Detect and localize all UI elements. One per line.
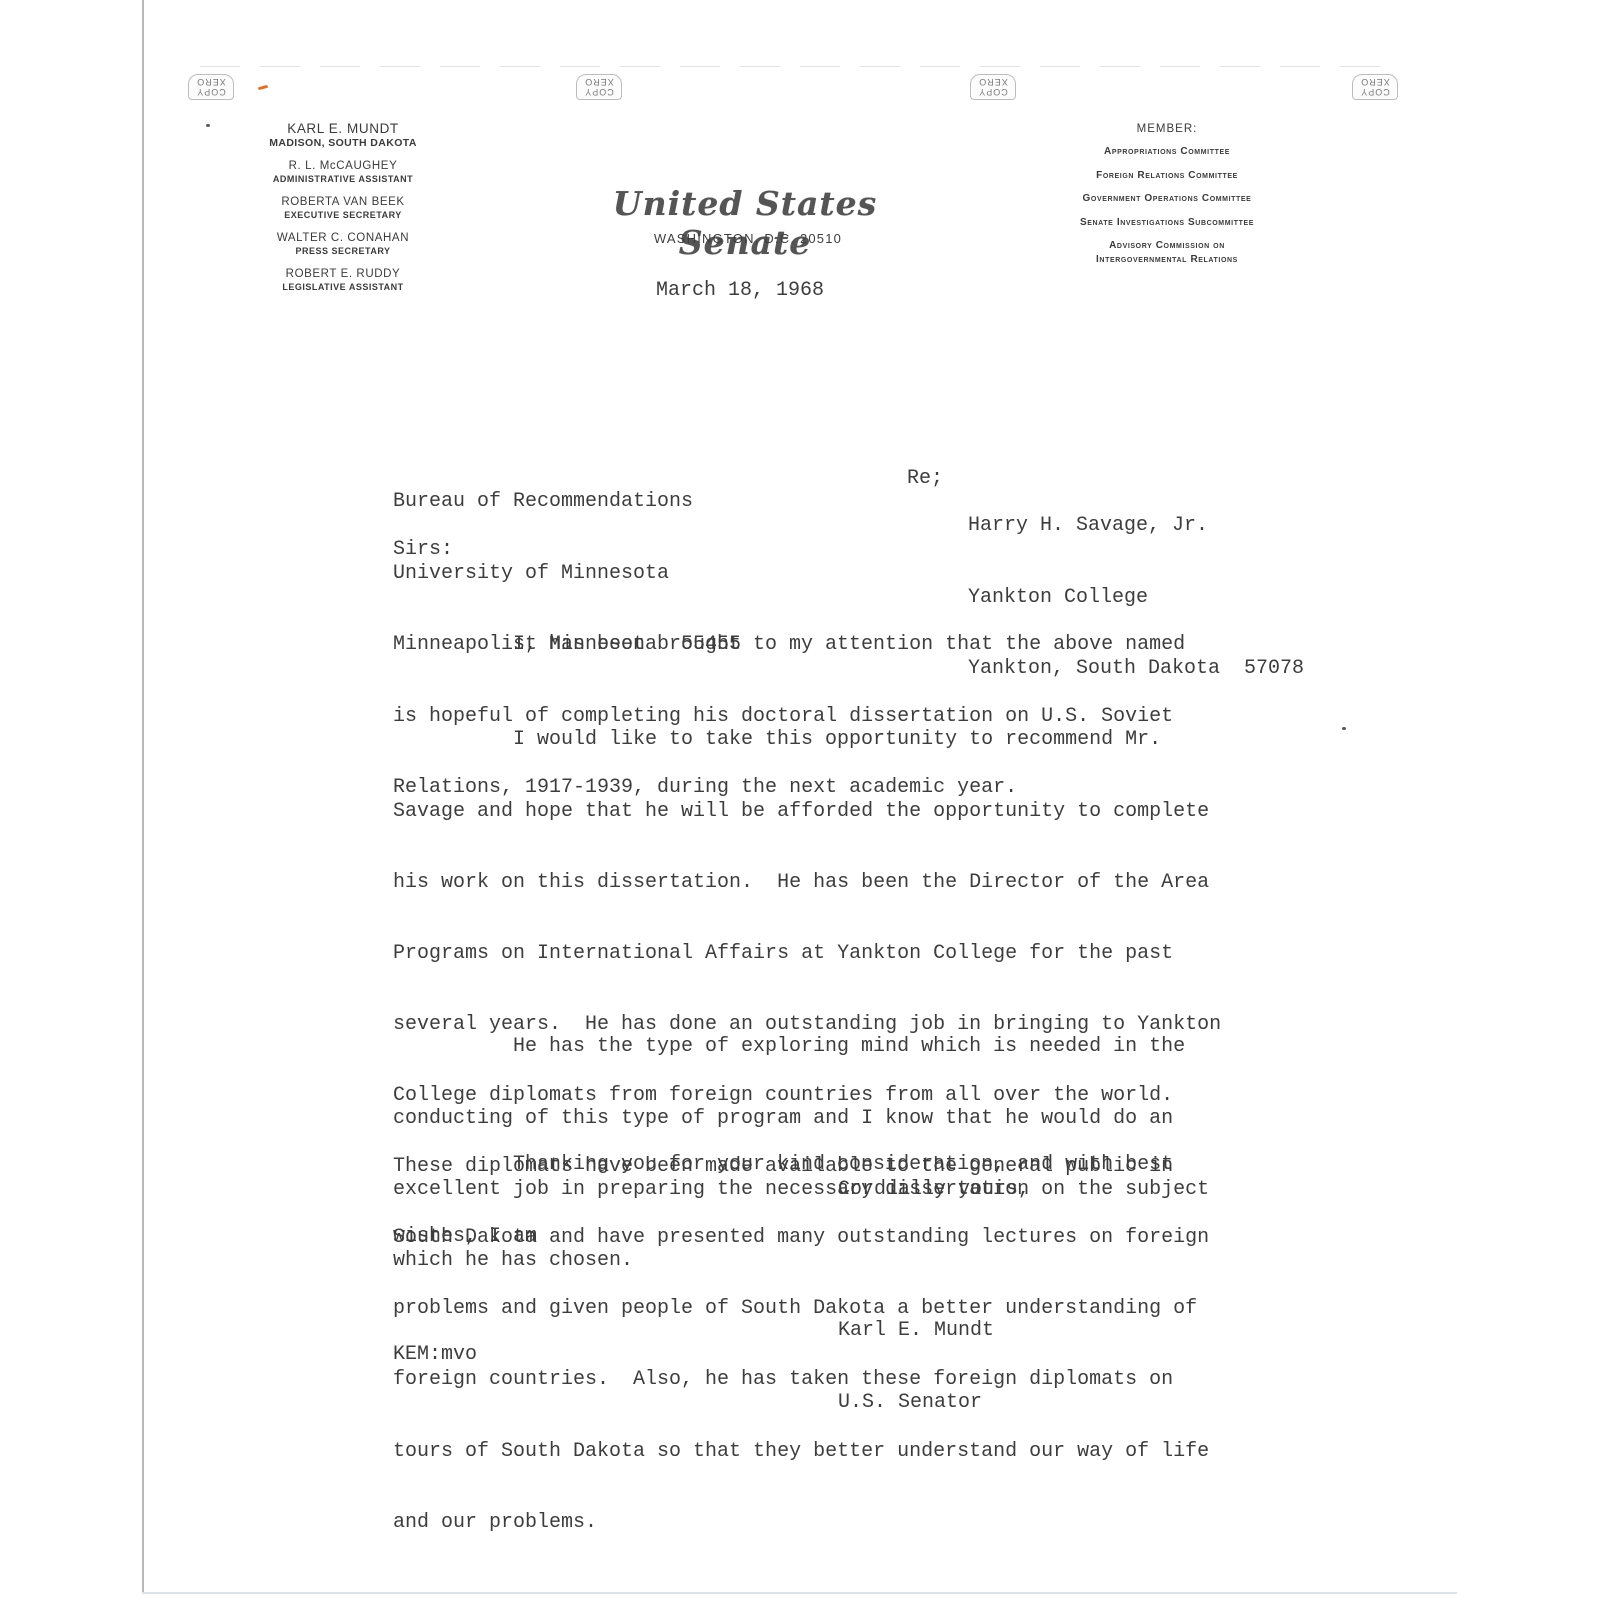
paragraph-line: problems and given people of South Dakot…	[393, 1297, 1253, 1321]
letterhead-title: United States Senate	[545, 184, 945, 262]
xero-copy-stamp: COPY XERO	[188, 74, 234, 100]
stamp-text: COPY	[189, 87, 233, 97]
ink-mark	[258, 85, 268, 90]
re-label: Re;	[907, 467, 943, 491]
paragraph-line: I would like to take this opportunity to…	[393, 728, 1253, 752]
salutation: Sirs:	[393, 538, 453, 562]
staff-list: KARL E. MUNDT MADISON, SOUTH DAKOTA R. L…	[243, 120, 443, 303]
xero-copy-stamp: COPY XERO	[576, 74, 622, 100]
stamp-text: XERO	[1353, 77, 1397, 87]
stamp-text: XERO	[971, 77, 1015, 87]
address-line: University of Minnesota	[393, 562, 741, 586]
stamp-text: XERO	[189, 77, 233, 87]
stamp-text: COPY	[577, 87, 621, 97]
letterhead-top-rule	[200, 66, 1400, 67]
staff-name: WALTER C. CONAHAN	[243, 231, 443, 245]
paragraph-line: wishes, I am	[393, 1225, 1253, 1249]
signature-name: Karl E. Mundt	[838, 1319, 994, 1343]
staff-role: EXECUTIVE SECRETARY	[243, 209, 443, 221]
stamp-text: COPY	[1353, 87, 1397, 97]
letterhead-address: WASHINGTON, D.C. 20510	[598, 231, 898, 246]
paragraph-line: He has the type of exploring mind which …	[393, 1035, 1253, 1059]
subject-line: Harry H. Savage, Jr.	[968, 514, 1304, 538]
xero-copy-stamp: COPY XERO	[1352, 74, 1398, 100]
committee-item: Advisory Commission on Intergovernmental…	[1067, 239, 1267, 267]
page-edge	[142, 0, 144, 1592]
committee-item: Appropriations Committee	[1037, 145, 1297, 159]
senator-hometown: MADISON, SOUTH DAKOTA	[243, 137, 443, 150]
stamp-text: COPY	[971, 87, 1015, 97]
paragraph-line: and our problems.	[393, 1511, 1253, 1535]
paragraph-line: Programs on International Affairs at Yan…	[393, 942, 1253, 966]
staff-role: ADMINISTRATIVE ASSISTANT	[243, 173, 443, 185]
staff-role: LEGISLATIVE ASSISTANT	[243, 281, 443, 293]
ink-speck	[1342, 727, 1346, 730]
paragraph-line: his work on this dissertation. He has be…	[393, 871, 1253, 895]
paragraph-line: Savage and hope that he will be afforded…	[393, 800, 1253, 824]
committee-item: Senate Investigations Subcommittee	[1037, 216, 1297, 230]
staff-name: ROBERTA VAN BEEK	[243, 195, 443, 209]
signature-title: U.S. Senator	[838, 1391, 994, 1415]
staff-name: R. L. McCAUGHEY	[243, 159, 443, 173]
paragraph-line: tours of South Dakota so that they bette…	[393, 1440, 1253, 1464]
page-edge-bottom	[142, 1592, 1457, 1594]
reference-initials: KEM:mvo	[393, 1343, 477, 1367]
committee-item: Foreign Relations Committee	[1037, 169, 1297, 183]
paragraph-line: Thanking you for your kind consideration…	[393, 1153, 1253, 1177]
senator-name: KARL E. MUNDT	[243, 120, 443, 137]
letter-date: March 18, 1968	[600, 279, 880, 303]
committee-item: Government Operations Committee	[1037, 192, 1297, 206]
ink-speck	[206, 124, 210, 127]
staff-role: PRESS SECRETARY	[243, 245, 443, 257]
paragraph-line: foreign countries. Also, he has taken th…	[393, 1368, 1253, 1392]
committees-heading: MEMBER:	[1037, 121, 1297, 137]
staff-name: ROBERT E. RUDDY	[243, 267, 443, 281]
closing: Cordially yours,	[838, 1178, 1030, 1202]
paragraph-line: It has been brought to my attention that…	[393, 633, 1253, 657]
stamp-text: XERO	[577, 77, 621, 87]
xero-copy-stamp: COPY XERO	[970, 74, 1016, 100]
body-paragraph: Thanking you for your kind consideration…	[393, 1106, 1253, 1272]
committee-list: MEMBER: Appropriations Committee Foreign…	[1037, 121, 1297, 267]
address-line: Bureau of Recommendations	[393, 490, 741, 514]
signature-block: Karl E. Mundt U.S. Senator	[838, 1272, 994, 1438]
